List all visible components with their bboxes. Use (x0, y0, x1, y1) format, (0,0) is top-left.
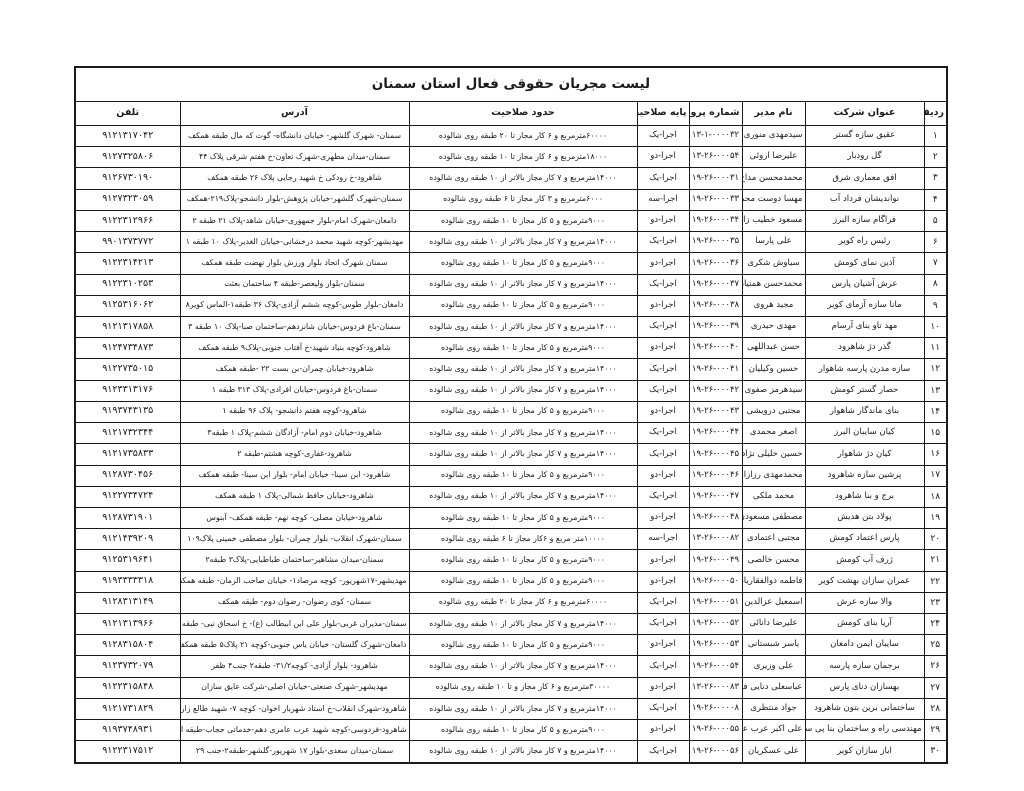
table-header-row: ردیف عنوان شرکت نام مدیر شماره پروانه پا… (75, 102, 947, 126)
cell-license-number: ۱۳-۲۶-۰۰۰۵۴ (689, 147, 742, 168)
cell-address: شاهرود- بلوار آزادی- کوچه۳۱/۲- طبقه۲ جنب… (180, 656, 409, 677)
table-row: ۱۴بنای ماندگار شاهوارمجتبی درویشی۱۹-۲۶-۰… (75, 401, 947, 422)
cell-address: شاهرود-شهرک انقلاب-خ استاد شهریار اخوان-… (180, 698, 409, 719)
cell-company-name: آریا بنای کومش (805, 614, 924, 635)
cell-row-number: ۹ (924, 295, 947, 316)
table-row: ۱عقیق سازه گسترسیدمهدی منوری۱۳-۱-۰۰۰۰۳۲ا… (75, 126, 947, 147)
cell-qualification-limits: ۱۴۰۰۰مترمربع و ۷ کار مجاز بالاتر از ۱۰ ط… (409, 656, 637, 677)
cell-license-number: ۱۹-۲۶-۰۰۰۳۳ (689, 189, 742, 210)
cell-address: شاهرود-غفاری-کوچه هشتم-طبقه ۲ (180, 444, 409, 465)
cell-company-name: مهد تاو بنای آرسام (805, 316, 924, 337)
cell-phone: ۹۱۹۳۳۳۳۳۱۸ (75, 571, 180, 592)
cell-manager-name: علیرضا اروئی (742, 147, 805, 168)
cell-qualification-grade: اجرا-یک (637, 656, 689, 677)
cell-license-number: ۱۹-۲۶-۰۰۰۳۱ (689, 168, 742, 189)
table-row: ۱۳حصار گستر کومشسیدهرمز صفوی۱۹-۲۶-۰۰۰۴۲ا… (75, 380, 947, 401)
cell-license-number: ۱۹-۲۶-۰۰۰۴۰ (689, 338, 742, 359)
cell-row-number: ۲۴ (924, 614, 947, 635)
cell-company-name: مانا سازه آزمای کویر (805, 295, 924, 316)
cell-qualification-limits: ۱۴۰۰۰مترمربع و ۷ کار مجاز بالاتر از ۱۰ ط… (409, 274, 637, 295)
cell-row-number: ۵ (924, 210, 947, 231)
cell-qualification-grade: اجرا-دو (637, 253, 689, 274)
cell-license-number: ۱۳-۲۶-۰۰۰۸۲ (689, 529, 742, 550)
cell-company-name: بهسازان دنای پارس (805, 677, 924, 698)
table-row: ۲۶برجمان سازه پارسهعلی وزیری۱۹-۲۶-۰۰۰۵۴ا… (75, 656, 947, 677)
cell-company-name: ایاز سازان کویر (805, 741, 924, 763)
cell-company-name: عرش آشیان پارس (805, 274, 924, 295)
cell-address: سمنان-میدان سعدی-بلوار ۱۷ شهریور-گلشهر-ط… (180, 741, 409, 763)
cell-qualification-limits: ۹۰۰۰مترمربع و ۵ کار مجاز تا ۱۰ طبقه روی … (409, 635, 637, 656)
cell-license-number: ۱۹-۲۶-۰۰۰۴۱ (689, 359, 742, 380)
cell-row-number: ۲۶ (924, 656, 947, 677)
cell-qualification-grade: اجرا-یک (637, 486, 689, 507)
cell-manager-name: مصطفی مسعودی (742, 507, 805, 528)
cell-manager-name: علی اکبر عرب عامری (742, 720, 805, 741)
cell-phone: ۹۱۲۷۳۲۵۸۰۶ (75, 147, 180, 168)
cell-row-number: ۱۶ (924, 444, 947, 465)
cell-qualification-grade: اجرا-دو (637, 401, 689, 422)
cell-qualification-grade: اجرا-دو (637, 550, 689, 571)
cell-license-number: ۱۹-۲۶-۰۰۰۳۹ (689, 316, 742, 337)
cell-qualification-limits: ۱۴۰۰۰مترمربع و ۷ کار مجاز بالاتر از ۱۰ ط… (409, 741, 637, 763)
cell-manager-name: مجید هروی (742, 295, 805, 316)
cell-qualification-limits: ۱۴۰۰۰مترمربع و ۷ کار مجاز بالاتر از ۱۰ ط… (409, 614, 637, 635)
cell-phone: ۹۱۲۱۴۳۹۲۰۹ (75, 529, 180, 550)
cell-qualification-limits: ۹۰۰۰مترمربع و ۵ کار مجاز تا ۱۰ طبقه روی … (409, 253, 637, 274)
cell-license-number: ۱۹-۲۶-۰۰۰۵۵ (689, 720, 742, 741)
cell-manager-name: اسمعیل عزالدین (742, 592, 805, 613)
cell-phone: ۹۱۲۸۳۱۳۱۴۹ (75, 592, 180, 613)
cell-license-number: ۱۹-۲۶-۰۰۰۴۹ (689, 550, 742, 571)
cell-manager-name: حسین وکیلیان (742, 359, 805, 380)
cell-license-number: ۱۹-۲۶-۰۰۰۳۸ (689, 295, 742, 316)
cell-manager-name: عباسعلی دنایی فرد (742, 677, 805, 698)
cell-row-number: ۱۱ (924, 338, 947, 359)
cell-qualification-grade: اجرا-دو (637, 338, 689, 359)
cell-license-number: ۱۹-۲۶-۰۰۰۵۲ (689, 614, 742, 635)
table-row: ۱۰مهد تاو بنای آرساممهدی حیدری۱۹-۲۶-۰۰۰۳… (75, 316, 947, 337)
cell-phone: ۹۱۲۸۷۳۰۴۵۶ (75, 465, 180, 486)
cell-phone: ۹۱۲۱۳۱۳۹۶۶ (75, 614, 180, 635)
cell-company-name: فراگام سازه البرز (805, 210, 924, 231)
cell-qualification-grade: اجرا-یک (637, 126, 689, 147)
cell-row-number: ۲ (924, 147, 947, 168)
cell-qualification-limits: ۱۸۰۰۰مترمربع و ۶ کار مجاز تا ۱۰ طبقه روی… (409, 147, 637, 168)
cell-manager-name: جواد منتظری (742, 698, 805, 719)
cell-company-name: پرشین سازه شاهرود (805, 465, 924, 486)
cell-phone: ۹۱۲۸۷۳۱۹۰۱ (75, 507, 180, 528)
cell-row-number: ۱۹ (924, 507, 947, 528)
cell-license-number: ۱۹-۲۶-۰۰۰۴۷ (689, 486, 742, 507)
cell-manager-name: علی پارسا (742, 232, 805, 253)
cell-license-number: ۱۹-۲۶-۰۰۰۴۵ (689, 444, 742, 465)
cell-company-name: پارس اعتماد کومش (805, 529, 924, 550)
cell-license-number: ۱۹-۲۶-۰۰۰۳۶ (689, 253, 742, 274)
cell-license-number: ۱۹-۲۶-۰۰۰۴۶ (689, 465, 742, 486)
cell-row-number: ۱۳ (924, 380, 947, 401)
cell-qualification-grade: اجرا-یک (637, 168, 689, 189)
cell-phone: ۹۱۲۴۷۳۴۸۷۳ (75, 338, 180, 359)
table-body: ۱عقیق سازه گسترسیدمهدی منوری۱۳-۱-۰۰۰۰۳۲ا… (75, 126, 947, 763)
cell-row-number: ۱۸ (924, 486, 947, 507)
cell-company-name: آذین نمای کومش (805, 253, 924, 274)
cell-manager-name: علی عسکریان (742, 741, 805, 763)
cell-manager-name: مجتبی اعتمادی (742, 529, 805, 550)
table-row: ۳افق معماری شرقمحمدمحسن مداح۱۹-۲۶-۰۰۰۳۱ا… (75, 168, 947, 189)
table-row: ۷آذین نمای کومشسیاوش شکری۱۹-۲۶-۰۰۰۳۶اجرا… (75, 253, 947, 274)
cell-address: شاهرود-خیابان مصلی- کوچه نهم- طبقه همکف-… (180, 507, 409, 528)
cell-qualification-grade: اجرا-دو (637, 210, 689, 231)
cell-license-number: ۱۹-۲۶-۰۰۰۵۶ (689, 741, 742, 763)
table-row: ۲۴آریا بنای کومشعلیرضا دانائی۱۹-۲۶-۰۰۰۵۲… (75, 614, 947, 635)
cell-manager-name: سیدمهدی منوری (742, 126, 805, 147)
cell-qualification-limits: ۱۴۰۰۰مترمربع و ۷ کار مجاز بالاتر از ۱۰ ط… (409, 380, 637, 401)
cell-qualification-limits: ۶۰۰۰۰مترمربع و ۶ کار مجاز تا ۲۰ طبقه روی… (409, 126, 637, 147)
cell-phone: ۹۱۲۲۳۱۷۵۱۲ (75, 741, 180, 763)
cell-row-number: ۳ (924, 168, 947, 189)
cell-qualification-limits: ۱۴۰۰۰مترمربع و ۷ کار مجاز بالاتر از ۱۰ ط… (409, 486, 637, 507)
cell-address: شاهرود-خیابان حافظ شمالی-پلاک ۱ طبقه همک… (180, 486, 409, 507)
cell-phone: ۹۱۲۱۳۱۷۸۵۸ (75, 316, 180, 337)
cell-address: سمنان-شهرک انقلاب- بلوار چمران- بلوار مص… (180, 529, 409, 550)
cell-phone: ۹۱۲۲۷۳۴۷۲۴ (75, 486, 180, 507)
cell-phone: ۹۱۲۲۳۱۵۸۴۸ (75, 677, 180, 698)
table-row: ۲۳والا سازه عرشاسمعیل عزالدین۱۹-۲۶-۰۰۰۵۱… (75, 592, 947, 613)
cell-qualification-grade: اجرا-دو (637, 571, 689, 592)
cell-address: سمنان-شهرک گلشهر-خیابان پژوهش-بلوار دانش… (180, 189, 409, 210)
header-address: آدرس (180, 102, 409, 126)
cell-row-number: ۲۰ (924, 529, 947, 550)
cell-phone: ۹۱۲۲۳۱۴۲۱۳ (75, 253, 180, 274)
document-page: لیست مجریان حقوقی فعال استان سمنان ردیف … (0, 0, 1024, 791)
cell-qualification-limits: ۹۰۰۰مترمربع و ۵ کار مجاز تا ۱۰ طبقه روی … (409, 465, 637, 486)
cell-address: سمنان-باغ فردوس-خیابان افرادی-پلاک ۳۱۳ ط… (180, 380, 409, 401)
cell-qualification-grade: اجرا-یک (637, 614, 689, 635)
cell-phone: ۹۱۲۱۳۱۷۰۴۲ (75, 126, 180, 147)
cell-row-number: ۱۴ (924, 401, 947, 422)
cell-row-number: ۲۸ (924, 698, 947, 719)
cell-license-number: ۱۹-۲۶-۰۰۰۵۰ (689, 571, 742, 592)
table-row: ۳۰ایاز سازان کویرعلی عسکریان۱۹-۲۶-۰۰۰۵۶ا… (75, 741, 947, 763)
cell-manager-name: سیاوش شکری (742, 253, 805, 274)
cell-qualification-limits: ۹۰۰۰مترمربع و ۵ کار مجاز تا ۱۰ طبقه روی … (409, 338, 637, 359)
cell-address: شاهرود-کوچه بنیاد شهید-خ آفتاب جنوبی-پلا… (180, 338, 409, 359)
cell-qualification-grade: اجرا-یک (637, 232, 689, 253)
cell-qualification-limits: ۶۰۰۰۰مترمربع و ۶ کار مجاز تا ۲۰ طبقه روی… (409, 592, 637, 613)
cell-address: شاهرود- ابن سینا- خیابان امام- بلوار ابن… (180, 465, 409, 486)
cell-row-number: ۱۰ (924, 316, 947, 337)
table-row: ۱۷پرشین سازه شاهرودمحمدمهدی رزازان۱۹-۲۶-… (75, 465, 947, 486)
cell-license-number: ۱۳-۱-۰۰۰۰۳۲ (689, 126, 742, 147)
cell-qualification-limits: ۱۰۰۰۰متر مربع و ۶کار مجاز تا ۶ طبقه روی … (409, 529, 637, 550)
table-title-row: لیست مجریان حقوقی فعال استان سمنان (75, 67, 947, 102)
cell-qualification-grade: اجرا-یک (637, 592, 689, 613)
page-title: لیست مجریان حقوقی فعال استان سمنان (75, 67, 947, 102)
contractors-table-container: لیست مجریان حقوقی فعال استان سمنان ردیف … (76, 66, 948, 764)
cell-qualification-grade: اجرا-دو (637, 677, 689, 698)
table-row: ۶رئیس راه کویرعلی پارسا۱۹-۲۶-۰۰۰۳۵اجرا-ی… (75, 232, 947, 253)
cell-company-name: گل رودبار (805, 147, 924, 168)
cell-company-name: ساختمانی برین بتون شاهرود (805, 698, 924, 719)
cell-qualification-limits: ۱۴۰۰۰مترمربع و ۷ کار مجاز بالاتر از ۱۰ ط… (409, 444, 637, 465)
cell-qualification-grade: اجرا-دو (637, 720, 689, 741)
cell-qualification-grade: اجرا-دو (637, 507, 689, 528)
cell-address: شاهرود-خیابان دوم امام- آزادگان ششم-پلاک… (180, 423, 409, 444)
cell-manager-name: مجتبی درویشی (742, 401, 805, 422)
cell-address: مهدیشهر-شهرک صنعتی-خیابان اصلی-شرکت عایق… (180, 677, 409, 698)
cell-manager-name: حسین خلیلی نژاد (742, 444, 805, 465)
table-row: ۲۵سایبان ایمن دامغانیاسر شبستانی۱۹-۲۶-۰۰… (75, 635, 947, 656)
cell-address: سمنان-مدیران غربی-بلوار علی ابن ابیطالب … (180, 614, 409, 635)
header-row-number: ردیف (924, 102, 947, 126)
table-row: ۱۸برج و بنا شاهرودمحمد ملکی۱۹-۲۶-۰۰۰۴۷اج… (75, 486, 947, 507)
cell-company-name: حصار گستر کومش (805, 380, 924, 401)
cell-license-number: ۱۹-۲۶-۰۰۰۳۷ (689, 274, 742, 295)
cell-company-name: برجمان سازه پارسه (805, 656, 924, 677)
cell-manager-name: سیدهرمز صفوی (742, 380, 805, 401)
cell-manager-name: مهدی حیدری (742, 316, 805, 337)
cell-company-name: افق معماری شرق (805, 168, 924, 189)
cell-row-number: ۱ (924, 126, 947, 147)
cell-license-number: ۱۹-۲۶-۰۰۰۴۸ (689, 507, 742, 528)
cell-company-name: سایبان ایمن دامغان (805, 635, 924, 656)
cell-company-name: گذر دژ شاهرود (805, 338, 924, 359)
cell-license-number: ۱۹-۲۶-۰۰۰۴۴ (689, 423, 742, 444)
cell-phone: ۹۱۹۳۷۴۸۹۳۱ (75, 720, 180, 741)
table-row: ۲۱ژرف آب کومشمحسن خالصی۱۹-۲۶-۰۰۰۴۹اجرا-د… (75, 550, 947, 571)
cell-company-name: کیان سایبان البرز (805, 423, 924, 444)
cell-phone: ۹۱۲۶۷۳۰۱۹۰ (75, 168, 180, 189)
cell-qualification-limits: ۹۰۰۰مترمربع و ۵ کار مجاز تا ۱۰ طبقه روی … (409, 720, 637, 741)
cell-phone: ۹۱۲۲۳۱۲۹۶۶ (75, 210, 180, 231)
cell-qualification-grade: اجرا-سه (637, 189, 689, 210)
cell-license-number: ۱۳-۲۶-۰۰۰۸۳ (689, 677, 742, 698)
cell-company-name: برج و بنا شاهرود (805, 486, 924, 507)
cell-manager-name: مسعود خطیب زاده (742, 210, 805, 231)
cell-manager-name: یاسر شبستانی (742, 635, 805, 656)
cell-row-number: ۲۱ (924, 550, 947, 571)
table-row: ۲۹مهندسی راه و ساختمان بنا پی سناعلی اکب… (75, 720, 947, 741)
table-row: ۲گل رودبارعلیرضا اروئی۱۳-۲۶-۰۰۰۵۴اجرا-دو… (75, 147, 947, 168)
cell-address: سمنان-بلوار ولیعصر-طبقه ۴ ساختمان بعثت (180, 274, 409, 295)
cell-manager-name: محمد ملکی (742, 486, 805, 507)
cell-qualification-limits: ۱۴۰۰۰مترمربع و ۷ کار مجاز بالاتر از ۱۰ ط… (409, 423, 637, 444)
table-row: ۸عرش آشیان پارسمحمدحسن همتیان۱۹-۲۶-۰۰۰۳۷… (75, 274, 947, 295)
contractors-table: لیست مجریان حقوقی فعال استان سمنان ردیف … (74, 66, 948, 764)
cell-qualification-limits: ۹۰۰۰مترمربع و ۵ کار مجاز تا ۱۰ طبقه روی … (409, 295, 637, 316)
cell-qualification-limits: ۱۴۰۰۰مترمربع و ۷ کار مجاز بالاتر از ۱۰ ط… (409, 168, 637, 189)
cell-manager-name: اصغر محمدی (742, 423, 805, 444)
cell-phone: ۹۱۲۲۳۱۰۲۵۳ (75, 274, 180, 295)
cell-address: سمنان-باغ فردوس-خیابان شانزدهم-ساختمان ص… (180, 316, 409, 337)
cell-manager-name: محمدمهدی رزازان (742, 465, 805, 486)
cell-company-name: پولاد بتن هدیش (805, 507, 924, 528)
cell-license-number: ۱۹-۲۶-۰۰۰۳۵ (689, 232, 742, 253)
cell-license-number: ۱۹-۲۶-۰۰۰۰۸ (689, 698, 742, 719)
cell-phone: ۹۱۲۵۳۱۹۶۴۱ (75, 550, 180, 571)
table-row: ۲۲عمران سازان بهشت کویرفاطمه ذوالفقاریان… (75, 571, 947, 592)
table-row: ۲۸ساختمانی برین بتون شاهرودجواد منتظری۱۹… (75, 698, 947, 719)
cell-company-name: والا سازه عرش (805, 592, 924, 613)
cell-row-number: ۲۹ (924, 720, 947, 741)
cell-company-name: سازه مدرن پارسه شاهوار (805, 359, 924, 380)
cell-phone: ۹۱۲۷۳۲۳۰۵۹ (75, 189, 180, 210)
cell-qualification-grade: اجرا-یک (637, 444, 689, 465)
cell-phone: ۹۱۲۳۷۳۲۰۷۹ (75, 656, 180, 677)
cell-manager-name: علیرضا دانائی (742, 614, 805, 635)
cell-row-number: ۱۵ (924, 423, 947, 444)
cell-address: سمنان-میدان مشاهیر-ساختمان طباطبایی-پلاک… (180, 550, 409, 571)
cell-row-number: ۶ (924, 232, 947, 253)
cell-company-name: مهندسی راه و ساختمان بنا پی سنا (805, 720, 924, 741)
cell-qualification-limits: ۱۴۰۰۰مترمربع و ۷ کار مجاز بالاتر از ۱۰ ط… (409, 359, 637, 380)
cell-qualification-grade: اجرا-یک (637, 698, 689, 719)
cell-address: دامغان-شهرک گلستان- خیابان یاس جنوبی-کوچ… (180, 635, 409, 656)
table-row: ۵فراگام سازه البرزمسعود خطیب زاده۱۹-۲۶-۰… (75, 210, 947, 231)
cell-qualification-limits: ۹۰۰۰مترمربع و ۵ کار مجاز تا ۱۰ طبقه روی … (409, 401, 637, 422)
header-phone: تلفن (75, 102, 180, 126)
cell-license-number: ۱۹-۲۶-۰۰۰۴۲ (689, 380, 742, 401)
cell-qualification-limits: ۱۴۰۰۰مترمربع و ۷ کار مجاز بالاتر از ۱۰ ط… (409, 698, 637, 719)
cell-company-name: ژرف آب کومش (805, 550, 924, 571)
cell-row-number: ۸ (924, 274, 947, 295)
cell-manager-name: فاطمه ذوالفقاریان (742, 571, 805, 592)
cell-company-name: کیان دژ شاهوار (805, 444, 924, 465)
table-row: ۱۱گذر دژ شاهرودحسن عبداللهی۱۹-۲۶-۰۰۰۴۰اج… (75, 338, 947, 359)
cell-qualification-limits: ۱۴۰۰۰مترمربع و ۷ کار مجاز بالاتر از ۱۰ ط… (409, 232, 637, 253)
cell-qualification-grade: اجرا-سه (637, 529, 689, 550)
table-row: ۲۰پارس اعتماد کومشمجتبی اعتمادی۱۳-۲۶-۰۰۰… (75, 529, 947, 550)
cell-phone: ۹۱۲۵۳۱۶۰۶۲ (75, 295, 180, 316)
table-row: ۱۲سازه مدرن پارسه شاهوارحسین وکیلیان۱۹-۲… (75, 359, 947, 380)
table-row: ۲۷بهسازان دنای پارسعباسعلی دنایی فرد۱۳-۲… (75, 677, 947, 698)
cell-qualification-grade: اجرا-یک (637, 359, 689, 380)
cell-address: سمنان-میدان مطهری-شهرک تعاون-خ هفتم شرقی… (180, 147, 409, 168)
cell-company-name: عقیق سازه گستر (805, 126, 924, 147)
cell-manager-name: محمدحسن همتیان (742, 274, 805, 295)
cell-license-number: ۱۹-۲۶-۰۰۰۳۴ (689, 210, 742, 231)
cell-row-number: ۲۲ (924, 571, 947, 592)
cell-address: مهدیشهر-کوچه شهید محمد درخشانی-خیابان ال… (180, 232, 409, 253)
cell-address: شاهرود-خیابان چمران-بن بست ۲۲ -طبقه همکف (180, 359, 409, 380)
cell-qualification-limits: ۹۰۰۰مترمربع و ۵ کار مجاز تا ۱۰ طبقه روی … (409, 210, 637, 231)
cell-qualification-grade: اجرا-دو (637, 635, 689, 656)
cell-phone: ۹۱۲۱۷۳۲۳۴۴ (75, 423, 180, 444)
cell-manager-name: حسن عبداللهی (742, 338, 805, 359)
cell-phone: ۹۱۲۱۷۳۱۸۲۹ (75, 698, 180, 719)
cell-row-number: ۲۷ (924, 677, 947, 698)
cell-qualification-grade: اجرا-دو (637, 147, 689, 168)
cell-qualification-grade: اجرا-یک (637, 274, 689, 295)
cell-phone: ۹۱۲۱۷۳۵۸۳۳ (75, 444, 180, 465)
cell-license-number: ۱۹-۲۶-۰۰۰۴۳ (689, 401, 742, 422)
cell-qualification-grade: اجرا-یک (637, 380, 689, 401)
cell-qualification-grade: اجرا-دو (637, 295, 689, 316)
cell-qualification-grade: اجرا-یک (637, 316, 689, 337)
table-row: ۴نواندیشان فرداد آبمهسا دوست محمدی۱۹-۲۶-… (75, 189, 947, 210)
cell-qualification-limits: ۹۰۰۰مترمربع و ۵ کار مجاز تا ۱۰ طبقه روی … (409, 507, 637, 528)
table-row: ۱۵کیان سایبان البرزاصغر محمدی۱۹-۲۶-۰۰۰۴۴… (75, 423, 947, 444)
cell-phone: ۹۱۹۳۷۴۳۱۳۵ (75, 401, 180, 422)
cell-address: شاهرود-کوچه هفتم دانشجو- پلاک ۹۶ طبقه ۱ (180, 401, 409, 422)
cell-qualification-limits: ۹۰۰۰مترمربع و ۵ کار مجاز تا ۱۰ طبقه روی … (409, 571, 637, 592)
cell-company-name: بنای ماندگار شاهوار (805, 401, 924, 422)
cell-manager-name: مهسا دوست محمدی (742, 189, 805, 210)
cell-row-number: ۲۵ (924, 635, 947, 656)
header-license-number: شماره پروانه (689, 102, 742, 126)
cell-qualification-grade: اجرا-یک (637, 423, 689, 444)
cell-qualification-grade: اجرا-دو (637, 465, 689, 486)
table-row: ۹مانا سازه آزمای کویرمجید هروی۱۹-۲۶-۰۰۰۳… (75, 295, 947, 316)
cell-row-number: ۱۷ (924, 465, 947, 486)
cell-license-number: ۱۹-۲۶-۰۰۰۵۴ (689, 656, 742, 677)
cell-address: دامغان-شهرک امام-بلوار جمهوری-خیابان شاه… (180, 210, 409, 231)
header-manager-name: نام مدیر (742, 102, 805, 126)
cell-qualification-limits: ۱۴۰۰۰مترمربع و ۷ کار مجاز بالاتر از ۱۰ ط… (409, 316, 637, 337)
cell-address: سمنان- کوی رضوان- رضوان دوم- طبقه همکف (180, 592, 409, 613)
table-row: ۱۶کیان دژ شاهوارحسین خلیلی نژاد۱۹-۲۶-۰۰۰… (75, 444, 947, 465)
table-row: ۱۹پولاد بتن هدیشمصطفی مسعودی۱۹-۲۶-۰۰۰۴۸ا… (75, 507, 947, 528)
cell-address: شاهرود-فردوسی-کوچه شهید عرب عامری دهم-خد… (180, 720, 409, 741)
cell-row-number: ۳۰ (924, 741, 947, 763)
cell-address: مهدیشهر-۱۷شهریور- کوچه مرصاد۱- خیابان صا… (180, 571, 409, 592)
header-qualification-limits: حدود صلاحیت (409, 102, 637, 126)
cell-address: سمنان- شهرک گلشهر- خیابان دانشگاه- گوت ک… (180, 126, 409, 147)
cell-qualification-limits: ۶۰۰۰مترمربع و ۳ کار مجاز تا ۶ طبقه روی ش… (409, 189, 637, 210)
cell-address: شاهرود-خ رودکی خ شهید رجایی پلاک ۲۶ طبقه… (180, 168, 409, 189)
cell-row-number: ۲۳ (924, 592, 947, 613)
cell-qualification-limits: ۹۰۰۰مترمربع و ۵ کار مجاز تا ۱۰ طبقه روی … (409, 550, 637, 571)
cell-row-number: ۱۲ (924, 359, 947, 380)
cell-manager-name: محمدمحسن مداح (742, 168, 805, 189)
cell-company-name: عمران سازان بهشت کویر (805, 571, 924, 592)
cell-license-number: ۱۹-۲۶-۰۰۰۵۳ (689, 635, 742, 656)
cell-address: دامغان-بلوار طوس-کوچه ششم آزادی-پلاک ۳۶ … (180, 295, 409, 316)
cell-qualification-limits: ۳۰۰۰۰مترمربع و ۶ کار مجاز و تا ۱۰ طبقه ر… (409, 677, 637, 698)
header-qualification-grade: پایه صلاحیت (637, 102, 689, 126)
cell-manager-name: علی وزیری (742, 656, 805, 677)
cell-license-number: ۱۹-۲۶-۰۰۰۵۱ (689, 592, 742, 613)
cell-phone: ۹۱۲۳۳۱۳۱۷۶ (75, 380, 180, 401)
cell-address: سمنان شهرک اتحاد بلوار ورزش بلوار نهضت ط… (180, 253, 409, 274)
cell-row-number: ۴ (924, 189, 947, 210)
cell-phone: ۹۹۰۱۳۷۳۷۷۲ (75, 232, 180, 253)
cell-manager-name: محسن خالصی (742, 550, 805, 571)
cell-company-name: نواندیشان فرداد آب (805, 189, 924, 210)
cell-company-name: رئیس راه کویر (805, 232, 924, 253)
cell-phone: ۹۱۲۲۷۳۵۰۱۵ (75, 359, 180, 380)
cell-phone: ۹۱۲۸۳۱۵۸۰۴ (75, 635, 180, 656)
header-company-name: عنوان شرکت (805, 102, 924, 126)
cell-row-number: ۷ (924, 253, 947, 274)
cell-qualification-grade: اجرا-یک (637, 741, 689, 763)
